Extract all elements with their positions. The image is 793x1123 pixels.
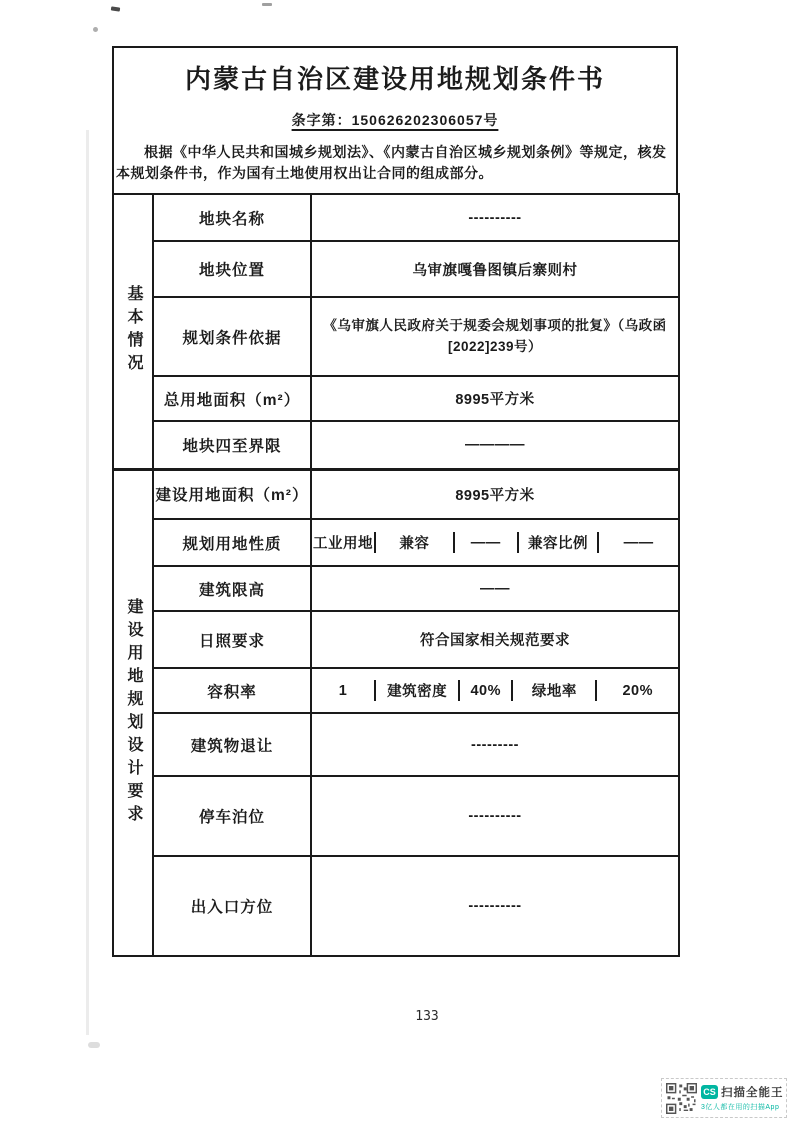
value-plot-ratio-row: 1 建筑密度 40% 绿地率 20% bbox=[311, 668, 679, 713]
value-sunlight-requirement: 符合国家相关规范要求 bbox=[311, 611, 679, 668]
value-building-height-limit: —— bbox=[311, 566, 679, 611]
table-row: 日照要求 符合国家相关规范要求 bbox=[113, 611, 679, 668]
label-building-density: 建筑密度 bbox=[376, 680, 460, 701]
value-compatible-ratio: —— bbox=[599, 532, 678, 553]
value-plot-boundaries: ———— bbox=[311, 421, 679, 469]
table-row: 建筑限高 —— bbox=[113, 566, 679, 611]
qr-code-icon bbox=[666, 1083, 697, 1114]
document-intro-paragraph: 根据《中华人民共和国城乡规划法》、《内蒙古自治区城乡规划条例》等规定，核发本规划… bbox=[116, 142, 674, 184]
label-building-setback: 建筑物退让 bbox=[153, 713, 311, 776]
value-plot-name: ---------- bbox=[311, 194, 679, 241]
scan-speck bbox=[93, 27, 98, 32]
value-building-setback: --------- bbox=[311, 713, 679, 776]
table-row: 建筑物退让 --------- bbox=[113, 713, 679, 776]
value-planned-land-use: 工业用地 兼容 —— 兼容比例 —— bbox=[311, 519, 679, 566]
value-parking-spaces: ---------- bbox=[311, 776, 679, 856]
table-row: 建设用地规划设计要求 建设用地面积（m²） 8995平方米 bbox=[113, 469, 679, 519]
label-plot-location: 地块位置 bbox=[153, 241, 311, 297]
value-building-density: 40% bbox=[460, 680, 513, 701]
value-green-ratio: 20% bbox=[597, 680, 678, 701]
table-row: 基本情况 地块名称 ---------- bbox=[113, 194, 679, 241]
camscanner-tagline: 3亿人都在用的扫描App bbox=[701, 1102, 782, 1112]
scan-edge-shadow bbox=[86, 130, 89, 1035]
label-compatible-ratio: 兼容比例 bbox=[519, 532, 600, 553]
document-title: 内蒙古自治区建设用地规划条件书 bbox=[114, 59, 676, 96]
value-planning-basis: 《乌审旗人民政府关于规委会规划事项的批复》（乌政函[2022]239号） bbox=[311, 297, 679, 376]
section-label-planning-requirements: 建设用地规划设计要求 bbox=[125, 598, 141, 828]
table-row: 停车泊位 ---------- bbox=[113, 776, 679, 856]
label-plot-name: 地块名称 bbox=[153, 194, 311, 241]
scan-smudge bbox=[88, 1042, 100, 1048]
value-construction-land-area: 8995平方米 bbox=[311, 469, 679, 519]
table-row: 规划用地性质 工业用地 兼容 —— 兼容比例 —— bbox=[113, 519, 679, 566]
camscanner-text-block: CS 扫描全能王 3亿人都在用的扫描App bbox=[701, 1084, 782, 1112]
label-planned-land-use: 规划用地性质 bbox=[153, 519, 311, 566]
table-row: 地块位置 乌审旗嘎鲁图镇后寨则村 bbox=[113, 241, 679, 297]
scan-speck bbox=[111, 6, 120, 11]
section-label-basic-info: 基本情况 bbox=[125, 285, 141, 377]
scan-speck bbox=[262, 3, 272, 6]
table-row: 规划条件依据 《乌审旗人民政府关于规委会规划事项的批复》（乌政函[2022]23… bbox=[113, 297, 679, 376]
table-row: 容积率 1 建筑密度 40% 绿地率 20% bbox=[113, 668, 679, 713]
label-plot-boundaries: 地块四至界限 bbox=[153, 421, 311, 469]
value-land-use-type: 工业用地 bbox=[312, 532, 376, 553]
value-total-land-area: 8995平方米 bbox=[311, 376, 679, 421]
label-planning-basis: 规划条件依据 bbox=[153, 297, 311, 376]
camscanner-app-name: 扫描全能王 bbox=[721, 1084, 784, 1100]
label-green-ratio: 绿地率 bbox=[513, 680, 597, 701]
label-parking-spaces: 停车泊位 bbox=[153, 776, 311, 856]
camscanner-watermark: CS 扫描全能王 3亿人都在用的扫描App bbox=[661, 1078, 787, 1118]
label-building-height-limit: 建筑限高 bbox=[153, 566, 311, 611]
camscanner-logo-icon: CS bbox=[701, 1085, 718, 1099]
document-number: 条字第：150626202306057号 bbox=[114, 110, 676, 130]
table-row: 地块四至界限 ———— bbox=[113, 421, 679, 469]
section-cell-planning-requirements: 建设用地规划设计要求 bbox=[113, 469, 153, 956]
label-plot-ratio: 容积率 bbox=[153, 668, 311, 713]
label-construction-land-area: 建设用地面积（m²） bbox=[153, 469, 311, 519]
label-entrance-orientation: 出入口方位 bbox=[153, 856, 311, 956]
table-row: 出入口方位 ---------- bbox=[113, 856, 679, 956]
document-header: 内蒙古自治区建设用地规划条件书 条字第：150626202306057号 根据《… bbox=[112, 46, 678, 193]
value-compatible-use: —— bbox=[455, 532, 519, 553]
table-row: 总用地面积（m²） 8995平方米 bbox=[113, 376, 679, 421]
value-plot-location: 乌审旗嘎鲁图镇后寨则村 bbox=[311, 241, 679, 297]
label-total-land-area: 总用地面积（m²） bbox=[153, 376, 311, 421]
value-entrance-orientation: ---------- bbox=[311, 856, 679, 956]
label-sunlight-requirement: 日照要求 bbox=[153, 611, 311, 668]
planning-conditions-table: 基本情况 地块名称 ---------- 地块位置 乌审旗嘎鲁图镇后寨则村 规划… bbox=[112, 193, 680, 957]
value-plot-ratio: 1 bbox=[312, 680, 376, 701]
section-cell-basic-info: 基本情况 bbox=[113, 194, 153, 469]
page-number: 133 bbox=[377, 1009, 477, 1024]
label-compatible-use: 兼容 bbox=[376, 532, 455, 553]
